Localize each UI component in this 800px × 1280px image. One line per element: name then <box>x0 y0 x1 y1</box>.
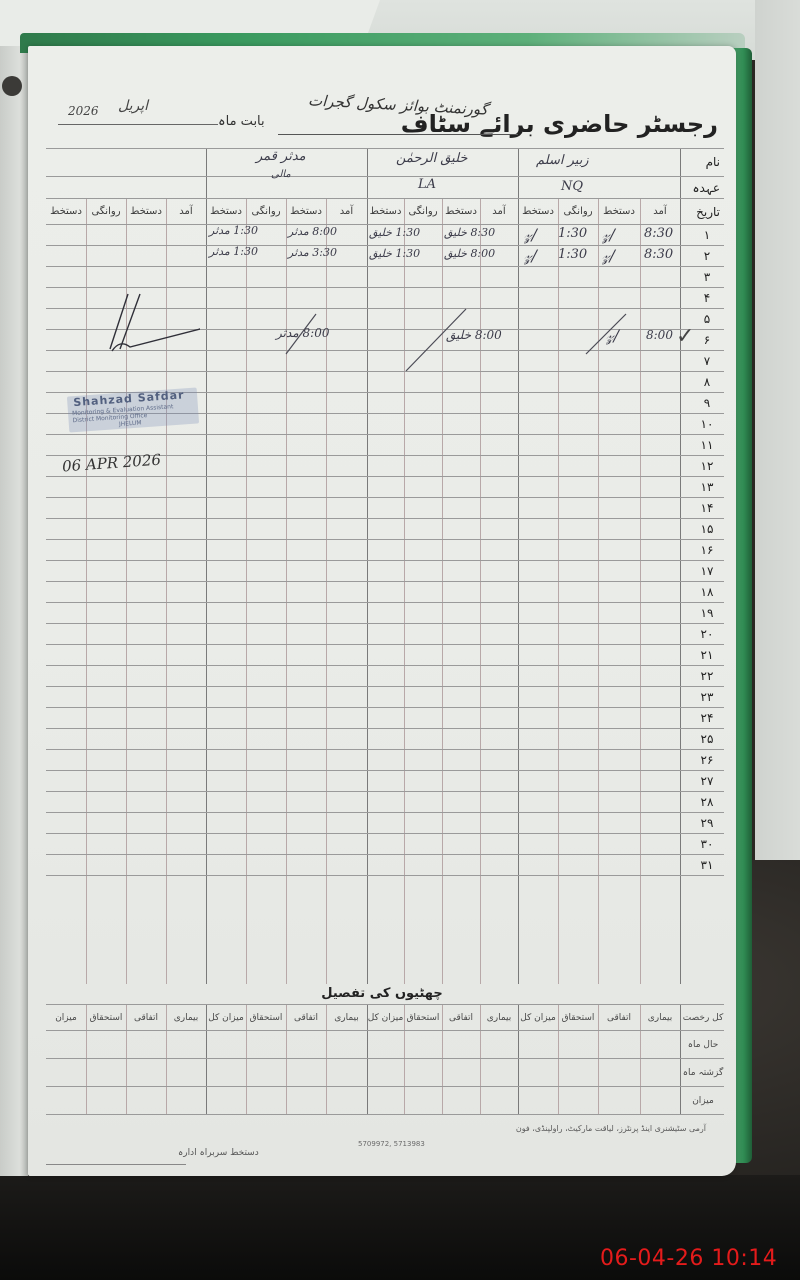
date-row-18: ١۸ <box>46 582 724 603</box>
date-number: ٢٢ <box>694 669 720 683</box>
summary-row-label: کل رخصت <box>682 1013 724 1023</box>
summary-col: استحقاق <box>558 1013 598 1023</box>
summary-col: میزان کل <box>518 1013 558 1023</box>
date-number: ١۷ <box>694 564 720 578</box>
date-row-22: ٢٢ <box>46 666 724 687</box>
date-number: ٣١ <box>694 858 720 872</box>
month-line <box>58 124 218 125</box>
summary-col: بیماری <box>480 1013 518 1023</box>
date-row-27: ٢۷ <box>46 771 724 792</box>
date-row-29: ٢۹ <box>46 813 724 834</box>
date-number: ٢۹ <box>694 816 720 830</box>
date-row-26: ٢۶ <box>46 750 724 771</box>
summary-col: اتفاقی <box>126 1013 166 1023</box>
summary-col: میزان کل <box>206 1013 246 1023</box>
date-number: ١۹ <box>694 606 720 620</box>
summary-col: استحقاق <box>86 1013 126 1023</box>
supervisor-signature <box>90 289 200 359</box>
summary-col: استحقاق <box>404 1013 442 1023</box>
date-number: ٢۸ <box>694 795 720 809</box>
summary-col: اتفاقی <box>442 1013 480 1023</box>
summary-col: بیماری <box>166 1013 206 1023</box>
stamp-line-3: JHELUM <box>119 419 142 428</box>
date-number: ٢۶ <box>694 753 720 767</box>
date-number: ٢۵ <box>694 732 720 746</box>
register-header: رجسٹر حاضری برائے سٹاف گورنمنٹ بوائز سکو… <box>28 86 736 146</box>
date-number: ١۶ <box>694 543 720 557</box>
school-name-line <box>278 134 518 135</box>
head-signature-line <box>46 1164 186 1165</box>
date-row-24: ٢۴ <box>46 708 724 729</box>
summary-col: اتفاقی <box>286 1013 326 1023</box>
date-row-13: ١٣ <box>46 477 724 498</box>
summary-header-row: کل رخصت بیماری اتفاقی استحقاق میزان کل ب… <box>46 1005 724 1031</box>
date-number: ١۸ <box>694 585 720 599</box>
summary-row-label: میزان <box>682 1096 724 1106</box>
date-row-31: ٣١ <box>46 855 724 876</box>
date-row-20: ٢٠ <box>46 624 724 645</box>
month-value: اپریل <box>118 98 148 114</box>
date-row-19: ١۹ <box>46 603 724 624</box>
date-row-17: ١۷ <box>46 561 724 582</box>
date-row-15: ١۵ <box>46 519 724 540</box>
date-row-16: ١۶ <box>46 540 724 561</box>
date-row-25: ٢۵ <box>46 729 724 750</box>
register-page: رجسٹر حاضری برائے سٹاف گورنمنٹ بوائز سکو… <box>28 46 736 1176</box>
summary-col: میزان کل <box>367 1013 404 1023</box>
date-number: ٢٣ <box>694 690 720 704</box>
summary-col: میزان <box>46 1013 86 1023</box>
book-spine <box>0 46 28 1176</box>
date-row-23: ٢٣ <box>46 687 724 708</box>
summary-row-label: گزشتہ ماہ <box>682 1068 724 1078</box>
month-label: بابت ماہ <box>218 114 265 129</box>
summary-col: بیماری <box>640 1013 680 1023</box>
summary-row-total: میزان <box>46 1087 724 1115</box>
background-wall <box>755 0 800 880</box>
binder-hole <box>2 76 22 96</box>
date-number: ٣٠ <box>694 837 720 851</box>
head-signature-label: دستخط سربراہ ادارہ <box>178 1148 259 1158</box>
leave-summary-table: کل رخصت بیماری اتفاقی استحقاق میزان کل ب… <box>46 1004 724 1115</box>
date-number: ٢۴ <box>694 711 720 725</box>
leave-summary-title: چھٹیوں کی تفصیل <box>28 986 736 1001</box>
attendance-grid: نام زبیر اسلم خلیق الرحمٰن مدثر قمر عہدہ… <box>46 148 724 876</box>
summary-col: استحقاق <box>246 1013 286 1023</box>
date-number: ٢١ <box>694 648 720 662</box>
date-number: ١۵ <box>694 522 720 536</box>
date-row-21: ٢١ <box>46 645 724 666</box>
printer-phone: 5709972, 5713983 <box>358 1140 425 1148</box>
summary-col: اتفاقی <box>598 1013 640 1023</box>
summary-row-previous-month: گزشتہ ماہ <box>46 1059 724 1087</box>
school-name: گورنمنٹ بوائز سکول گجرات <box>308 91 489 118</box>
date-row-14: ١۴ <box>46 498 724 519</box>
summary-row-current-month: حال ماہ <box>46 1031 724 1059</box>
date-row-30: ٣٠ <box>46 834 724 855</box>
printer-note: آرمی سٹیشنری اینڈ پرنٹرز، لیاقت مارکیٹ، … <box>516 1124 706 1133</box>
date-number: ٢٠ <box>694 627 720 641</box>
summary-col: بیماری <box>326 1013 367 1023</box>
camera-timestamp: 06-04-26 10:14 <box>600 1246 777 1271</box>
date-row-28: ٢۸ <box>46 792 724 813</box>
date-number: ١٣ <box>694 480 720 494</box>
summary-row-label: حال ماہ <box>682 1040 724 1050</box>
date-number: ٢۷ <box>694 774 720 788</box>
date-number: ١۴ <box>694 501 720 515</box>
date-number: ١٢ <box>694 459 720 473</box>
year-value: 2026 <box>68 104 99 118</box>
